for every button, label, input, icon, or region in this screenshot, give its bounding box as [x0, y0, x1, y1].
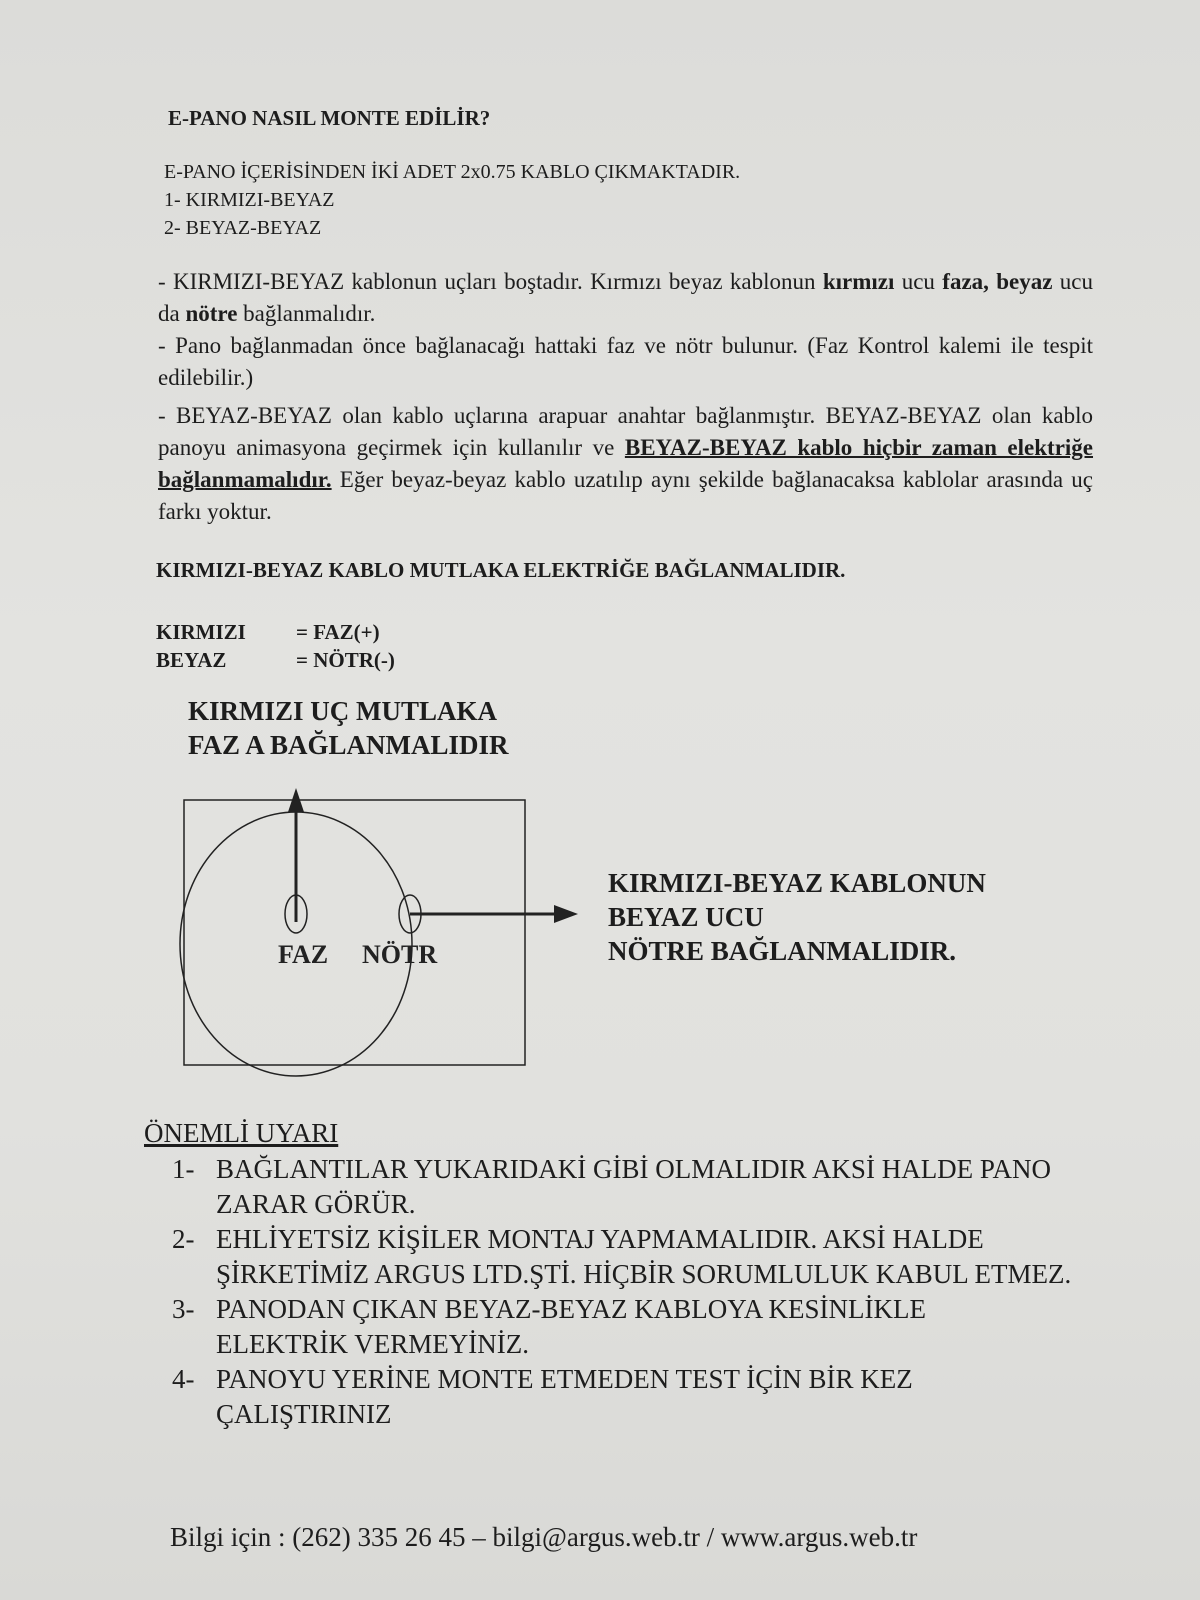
callout-line-2: BEYAZ UCU: [608, 900, 986, 934]
separator: /: [700, 1522, 721, 1552]
warning-item: 4-PANOYU YERİNE MONTE ETMEDEN TEST İÇİN …: [172, 1362, 1096, 1432]
important-warning-title: ÖNEMLİ UYARI: [144, 1118, 338, 1149]
text: bağlanmalıdır.: [237, 301, 375, 326]
notr-label: NÖTR: [362, 940, 437, 969]
bold-white: beyaz: [996, 269, 1052, 294]
faz-label: FAZ: [278, 940, 328, 969]
item-number: 1-: [172, 1152, 216, 1222]
red-tip-line-2: FAZ A BAĞLANMALIDIR: [188, 728, 509, 762]
legend-value: = FAZ(+): [296, 620, 380, 644]
cable-item-2: 2- BEYAZ-BEYAZ: [164, 214, 740, 242]
neutral-arrow-head: [554, 905, 578, 923]
item-text: PANODAN ÇIKAN BEYAZ-BEYAZ KABLOYA KESİNL…: [216, 1292, 1046, 1362]
contact-footer: Bilgi için : (262) 335 26 45 – bilgi@arg…: [170, 1522, 917, 1553]
legend-key: BEYAZ: [156, 646, 296, 674]
warning-item: 3-PANODAN ÇIKAN BEYAZ-BEYAZ KABLOYA KESİ…: [172, 1292, 1096, 1362]
paragraph-red-white-cable: - KIRMIZI-BEYAZ kablonun uçları boştadır…: [158, 266, 1093, 330]
instruction-sheet: E-PANO NASIL MONTE EDİLİR? E-PANO İÇERİS…: [0, 0, 1200, 1600]
item-number: 3-: [172, 1292, 216, 1362]
legend-key: KIRMIZI: [156, 618, 296, 646]
bold-phase: faza,: [942, 269, 989, 294]
intro-line: E-PANO İÇERİSİNDEN İKİ ADET 2x0.75 KABLO…: [164, 158, 740, 186]
phone-number: (262) 335 26 45: [292, 1522, 465, 1552]
legend-row-red: KIRMIZI= FAZ(+): [156, 618, 395, 646]
item-number: 2-: [172, 1222, 216, 1292]
website-link[interactable]: www.argus.web.tr: [721, 1522, 917, 1552]
panel-outline: [184, 800, 525, 1065]
color-legend: KIRMIZI= FAZ(+) BEYAZ= NÖTR(-): [156, 618, 395, 674]
email-link[interactable]: bilgi@argus.web.tr: [493, 1522, 700, 1552]
text: - KIRMIZI-BEYAZ kablonun uçları boştadır…: [158, 269, 823, 294]
footer-label: Bilgi için :: [170, 1522, 292, 1552]
document-title: E-PANO NASIL MONTE EDİLİR?: [168, 106, 490, 131]
red-tip-heading: KIRMIZI UÇ MUTLAKA FAZ A BAĞLANMALIDIR: [188, 694, 509, 762]
warning-item: 2-EHLİYETSİZ KİŞİLER MONTAJ YAPMAMALIDIR…: [172, 1222, 1096, 1292]
item-text: BAĞLANTILAR YUKARIDAKİ GİBİ OLMALIDIR AK…: [216, 1152, 1096, 1222]
legend-value: = NÖTR(-): [296, 648, 395, 672]
text: ucu: [894, 269, 942, 294]
callout-line-3: NÖTRE BAĞLANMALIDIR.: [608, 934, 986, 968]
callout-line-1: KIRMIZI-BEYAZ KABLONUN: [608, 866, 986, 900]
separator: –: [466, 1522, 493, 1552]
intro-block: E-PANO İÇERİSİNDEN İKİ ADET 2x0.75 KABLO…: [164, 158, 740, 242]
legend-row-white: BEYAZ= NÖTR(-): [156, 646, 395, 674]
must-connect-heading: KIRMIZI-BEYAZ KABLO MUTLAKA ELEKTRİĞE BA…: [156, 558, 845, 583]
warning-list: 1-BAĞLANTILAR YUKARIDAKİ GİBİ OLMALIDIR …: [172, 1152, 1096, 1432]
neutral-callout: KIRMIZI-BEYAZ KABLONUN BEYAZ UCU NÖTRE B…: [608, 866, 986, 968]
paragraph-find-phase: - Pano bağlanmadan önce bağlanacağı hatt…: [158, 330, 1093, 394]
bold-neutral: nötre: [185, 301, 237, 326]
warning-item: 1-BAĞLANTILAR YUKARIDAKİ GİBİ OLMALIDIR …: [172, 1152, 1096, 1222]
item-number: 4-: [172, 1362, 216, 1432]
bold-red: kırmızı: [823, 269, 895, 294]
item-text: PANOYU YERİNE MONTE ETMEDEN TEST İÇİN Bİ…: [216, 1362, 1026, 1432]
red-tip-line-1: KIRMIZI UÇ MUTLAKA: [188, 694, 509, 728]
paragraph-white-white-cable: - BEYAZ-BEYAZ olan kablo uçlarına arapua…: [158, 400, 1093, 528]
cable-item-1: 1- KIRMIZI-BEYAZ: [164, 186, 740, 214]
item-text: EHLİYETSİZ KİŞİLER MONTAJ YAPMAMALIDIR. …: [216, 1222, 1096, 1292]
